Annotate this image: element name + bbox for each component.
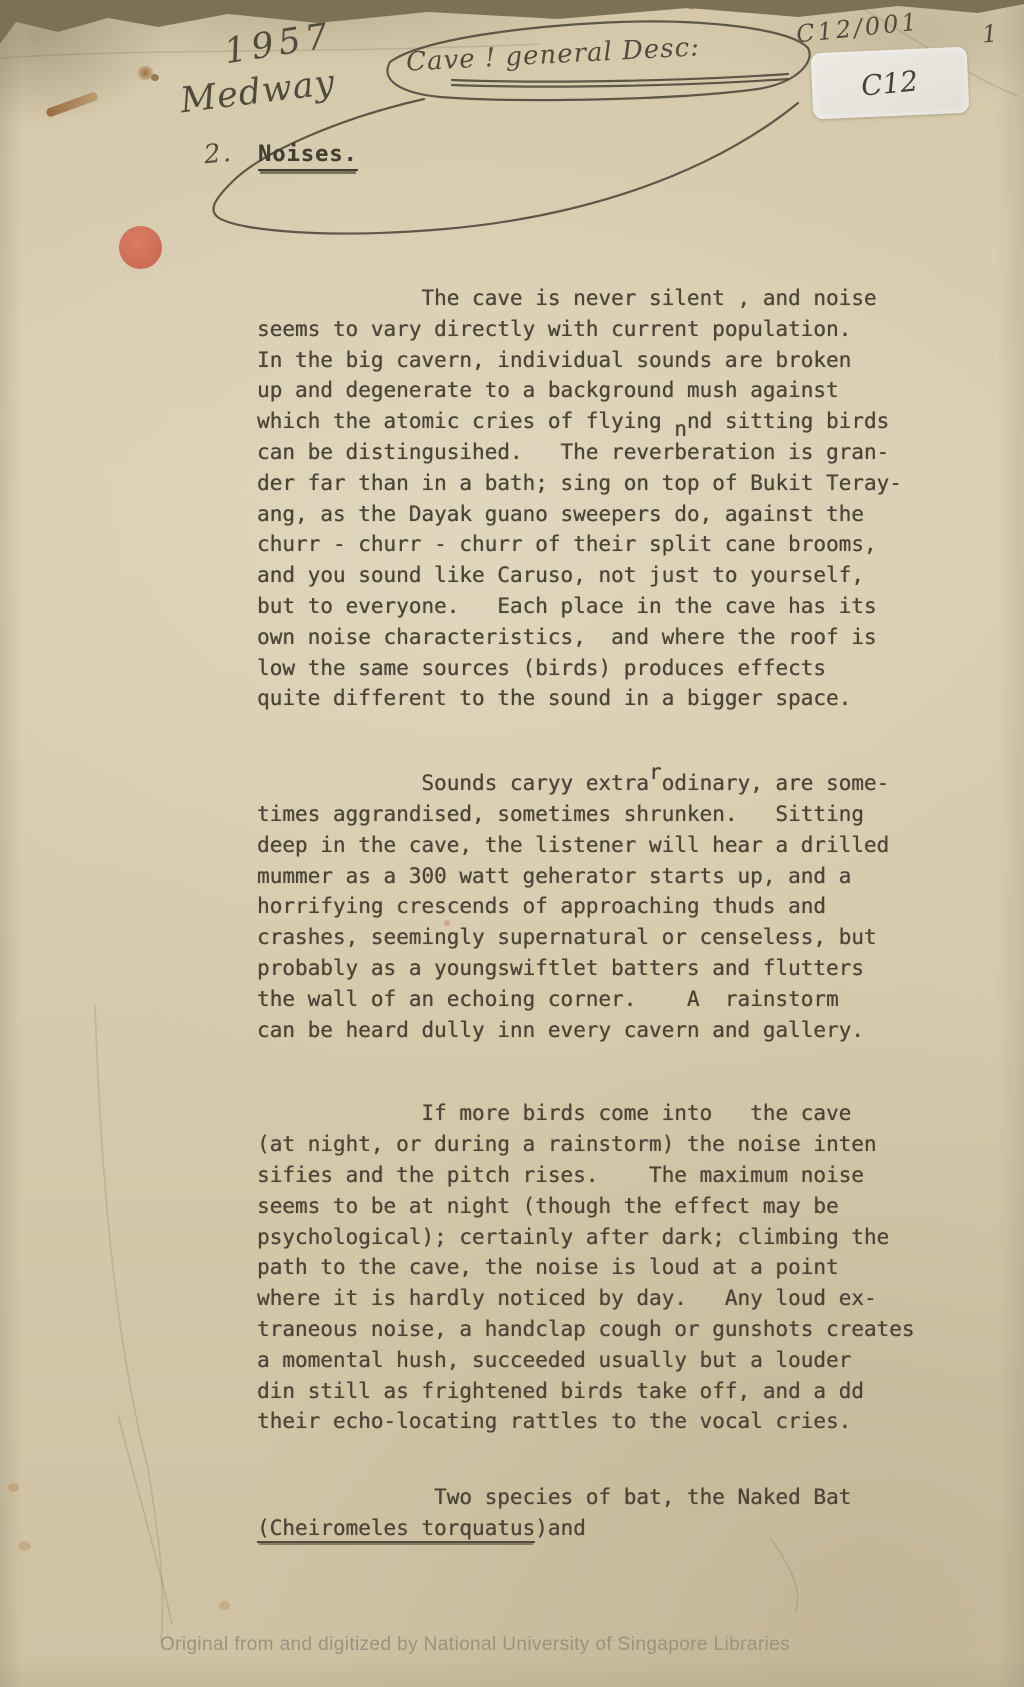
typed-line: deep in the cave, the listener will hear… (257, 830, 957, 861)
paragraph: Sounds caryy extrarodinary, are some-tim… (257, 768, 957, 1045)
faint-stain (8, 1483, 19, 1492)
brown-stain (137, 66, 154, 80)
edge-mark (8, 7, 15, 26)
sticker-label: C12 (860, 64, 920, 102)
typed-line: (at night, or during a rainstorm) the no… (257, 1129, 957, 1160)
typed-line: If more birds come into the cave (257, 1098, 957, 1129)
red-dot-sticker (119, 226, 162, 269)
typed-body: The cave is never silent , and noiseseem… (257, 283, 957, 1544)
classification-sticker: C12 (811, 47, 970, 120)
typed-line: which the atomic cries of flying nnd sit… (257, 406, 957, 437)
typed-line: In the big cavern, individual sounds are… (257, 345, 957, 376)
typed-line: Two species of bat, the Naked Bat (257, 1482, 957, 1513)
faint-stain (219, 1601, 230, 1610)
brown-stain (151, 74, 159, 81)
digitization-credit: Original from and digitized by National … (0, 1634, 950, 1656)
typed-line: a momental hush, succeeded usually but a… (257, 1345, 957, 1376)
paragraph: Two species of bat, the Naked Bat(Cheiro… (257, 1482, 957, 1544)
paragraph: If more birds come into the cave(at nigh… (257, 1098, 957, 1437)
typed-line: seems to be at night (though the effect … (257, 1191, 957, 1222)
typed-line: and you sound like Caruso, not just to y… (257, 560, 957, 591)
handwritten-reference-code: C12/001 (795, 8, 921, 49)
faint-stain (18, 1541, 31, 1551)
typed-line: path to the cave, the noise is loud at a… (257, 1252, 957, 1283)
typed-line: up and degenerate to a background mush a… (257, 375, 957, 406)
heading-number: 2. (203, 138, 234, 170)
typed-line: but to everyone. Each place in the cave … (257, 591, 957, 622)
typed-line: crashes, seemingly supernatural or cense… (257, 922, 957, 953)
heading-title: Noises. (258, 142, 358, 171)
typed-line: ang, as the Dayak guano sweepers do, aga… (257, 499, 957, 530)
typed-line: The cave is never silent , and noise (257, 283, 957, 314)
brown-stain (684, 0, 700, 9)
handwritten-page-number: 1 (981, 19, 999, 48)
typed-line: traneous noise, a handclap cough or guns… (257, 1314, 957, 1345)
typed-line: can be distingusihed. The reverberation … (257, 437, 957, 468)
typed-line: low the same sources (birds) produces ef… (257, 653, 957, 684)
typed-line: churr - churr - churr of their split can… (257, 529, 957, 560)
rust-stain (45, 91, 99, 118)
paragraph: The cave is never silent , and noiseseem… (257, 283, 957, 714)
typed-line: their echo-locating rattles to the vocal… (257, 1406, 957, 1437)
typed-line: quite different to the sound in a bigger… (257, 683, 957, 714)
typed-line: the wall of an echoing corner. A rainsto… (257, 984, 957, 1015)
typed-line: sifies and the pitch rises. The maximum … (257, 1160, 957, 1191)
typed-line: can be heard dully inn every cavern and … (257, 1015, 957, 1046)
typed-line: times aggrandised, sometimes shrunken. S… (257, 799, 957, 830)
typed-line: psychological); certainly after dark; cl… (257, 1222, 957, 1253)
paper-sheet: 1957 Medway Cave ! general Desc: C12/001… (0, 0, 1024, 1687)
typed-line: Sounds caryy extrarodinary, are some- (257, 768, 957, 799)
typed-line: mummer as a 300 watt geherator starts up… (257, 861, 957, 892)
typed-line: own noise characteristics, and where the… (257, 622, 957, 653)
typed-line: probably as a youngswiftlet batters and … (257, 953, 957, 984)
typed-line: horrifying crescends of approaching thud… (257, 891, 957, 922)
typed-line: din still as frightened birds take off, … (257, 1376, 957, 1407)
handwritten-category-note: Cave ! general Desc: (405, 32, 700, 77)
typed-line: (Cheiromeles torquatus)and (257, 1513, 957, 1544)
scanned-page: 1957 Medway Cave ! general Desc: C12/001… (0, 0, 1024, 1687)
handwritten-name: Medway (178, 63, 337, 122)
typed-line: where it is hardly noticed by day. Any l… (257, 1283, 957, 1314)
typed-line: der far than in a bath; sing on top of B… (257, 468, 957, 499)
typed-line: seems to vary directly with current popu… (257, 314, 957, 345)
